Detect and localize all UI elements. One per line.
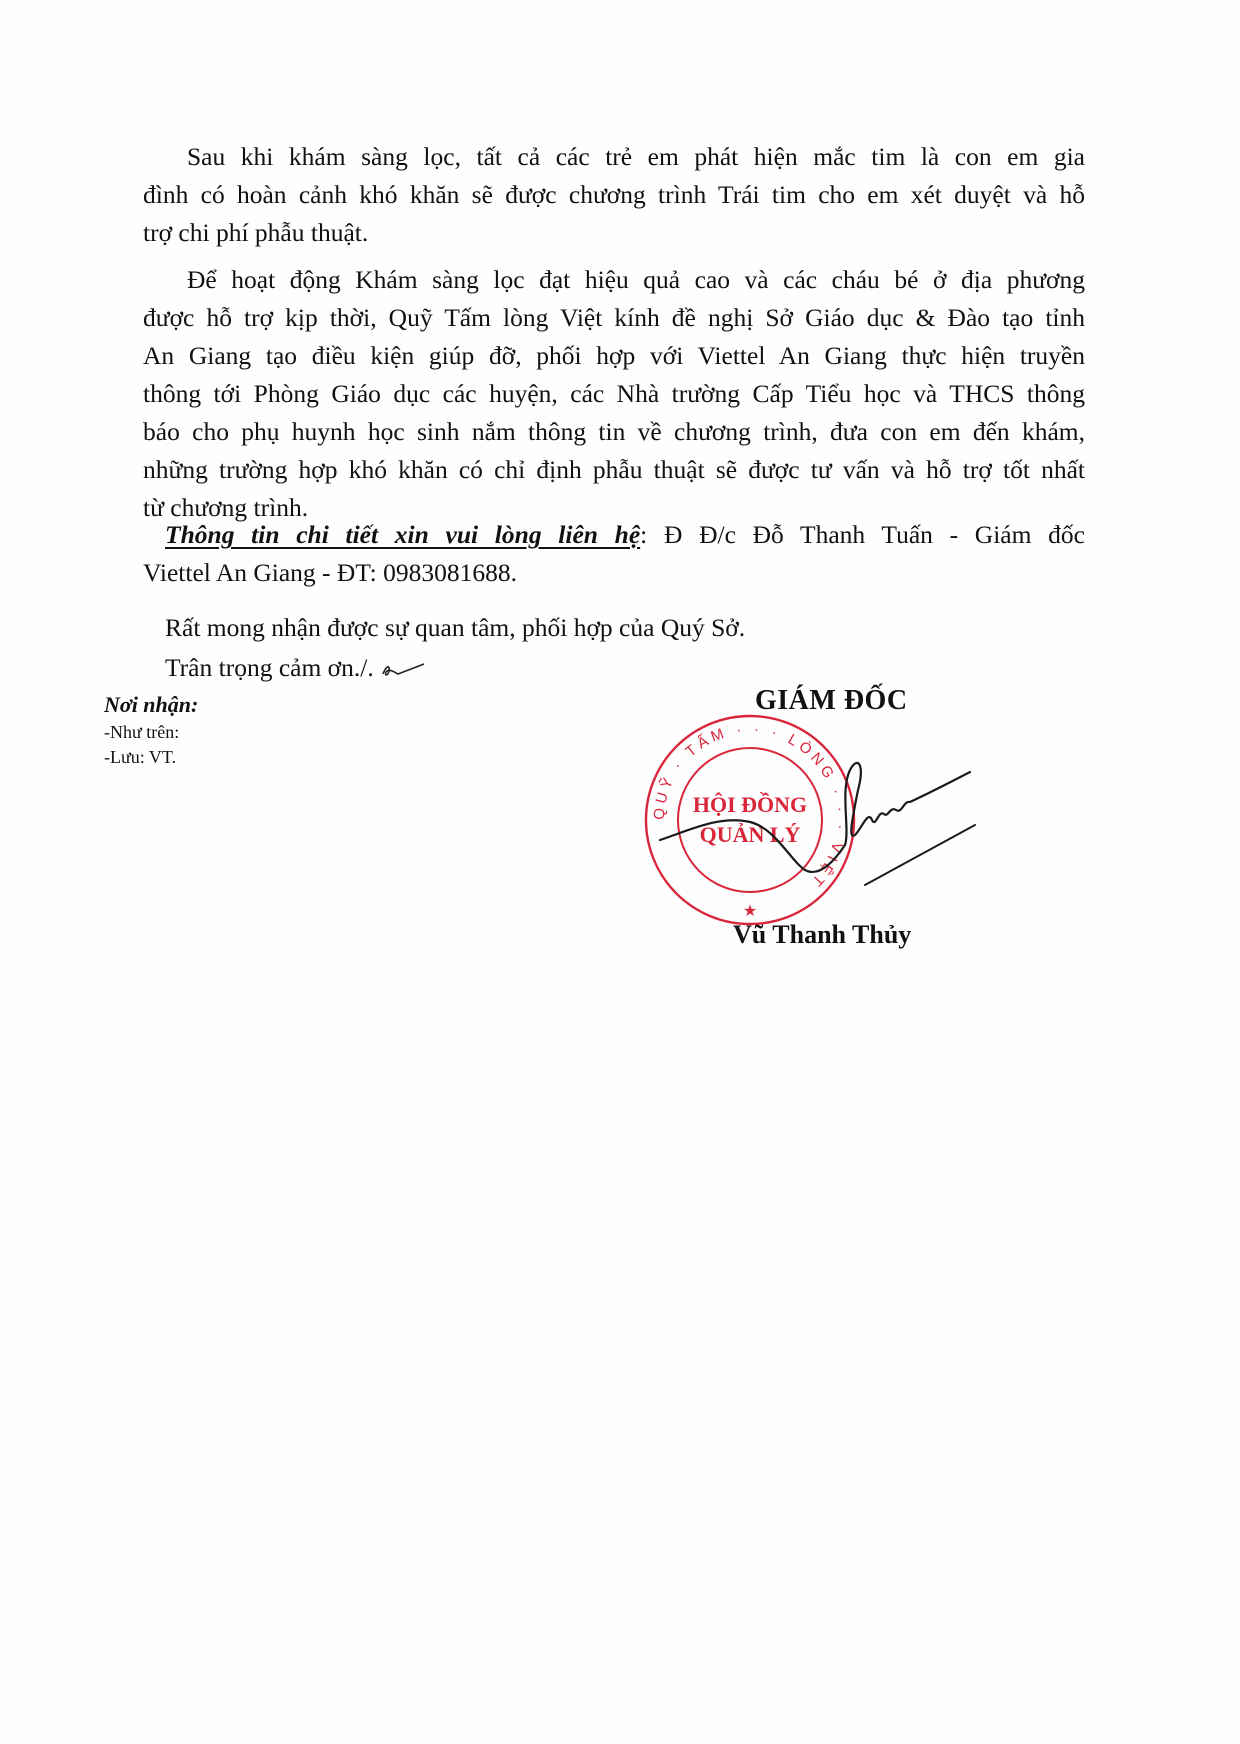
contact-phone-line: Viettel An Giang - ĐT: 0983081688. xyxy=(143,554,1085,592)
thanks-text: Trân trọng cảm ơn./. xyxy=(165,653,374,682)
contact-label: Thông tin chi tiết xin vui lòng liên hệ xyxy=(165,520,640,549)
text-line: những trường hợp khó khăn có chỉ định ph… xyxy=(143,451,1085,489)
document-page: Sau khi khám sàng lọc, tất cả các trẻ em… xyxy=(0,0,1240,1744)
recipient-item: -Như trên: xyxy=(104,720,198,745)
recipients-block: Nơi nhận: -Như trên: -Lưu: VT. xyxy=(104,690,198,770)
paragraph-closing: Rất mong nhận được sự quan tâm, phối hợp… xyxy=(165,609,1085,647)
text-line: Sau khi khám sàng lọc, tất cả các trẻ em… xyxy=(165,138,1085,176)
text-line: báo cho phụ huynh học sinh nắm thông tin… xyxy=(143,413,1085,451)
signer-name: Vũ Thanh Thủy xyxy=(733,920,911,950)
text-line: được hỗ trợ kịp thời, Quỹ Tấm lòng Việt … xyxy=(143,299,1085,337)
text-line: An Giang tạo điều kiện giúp đỡ, phối hợp… xyxy=(143,337,1085,375)
contact-person: : Đ Đ/c Đỗ Thanh Tuấn - Giám đốc xyxy=(640,520,1085,549)
text-line: đình có hoàn cảnh khó khăn sẽ được chươn… xyxy=(143,176,1085,214)
text-line: Rất mong nhận được sự quan tâm, phối hợp… xyxy=(165,609,1085,647)
handwritten-signature-icon xyxy=(640,710,980,930)
paragraph-request-cooperation: Để hoạt động Khám sàng lọc đạt hiệu quả … xyxy=(165,261,1085,527)
recipient-item: -Lưu: VT. xyxy=(104,745,198,770)
initials-mark-icon xyxy=(380,658,428,680)
signature-block: QUỸ · TẤM · · · LÒNG · · · VIỆT HỘI ĐỒNG… xyxy=(640,680,980,970)
signer-title: GIÁM ĐỐC xyxy=(755,685,908,717)
text-line: trợ chi phí phẫu thuật. xyxy=(143,214,1085,252)
paragraph-screening-support: Sau khi khám sàng lọc, tất cả các trẻ em… xyxy=(165,138,1085,252)
text-line: thông tới Phòng Giáo dục các huyện, các … xyxy=(143,375,1085,413)
paragraph-contact-info: Thông tin chi tiết xin vui lòng liên hệ:… xyxy=(165,516,1085,592)
recipients-label: Nơi nhận: xyxy=(104,690,198,720)
text-line: Thông tin chi tiết xin vui lòng liên hệ:… xyxy=(165,516,1085,554)
text-line: Để hoạt động Khám sàng lọc đạt hiệu quả … xyxy=(165,261,1085,299)
